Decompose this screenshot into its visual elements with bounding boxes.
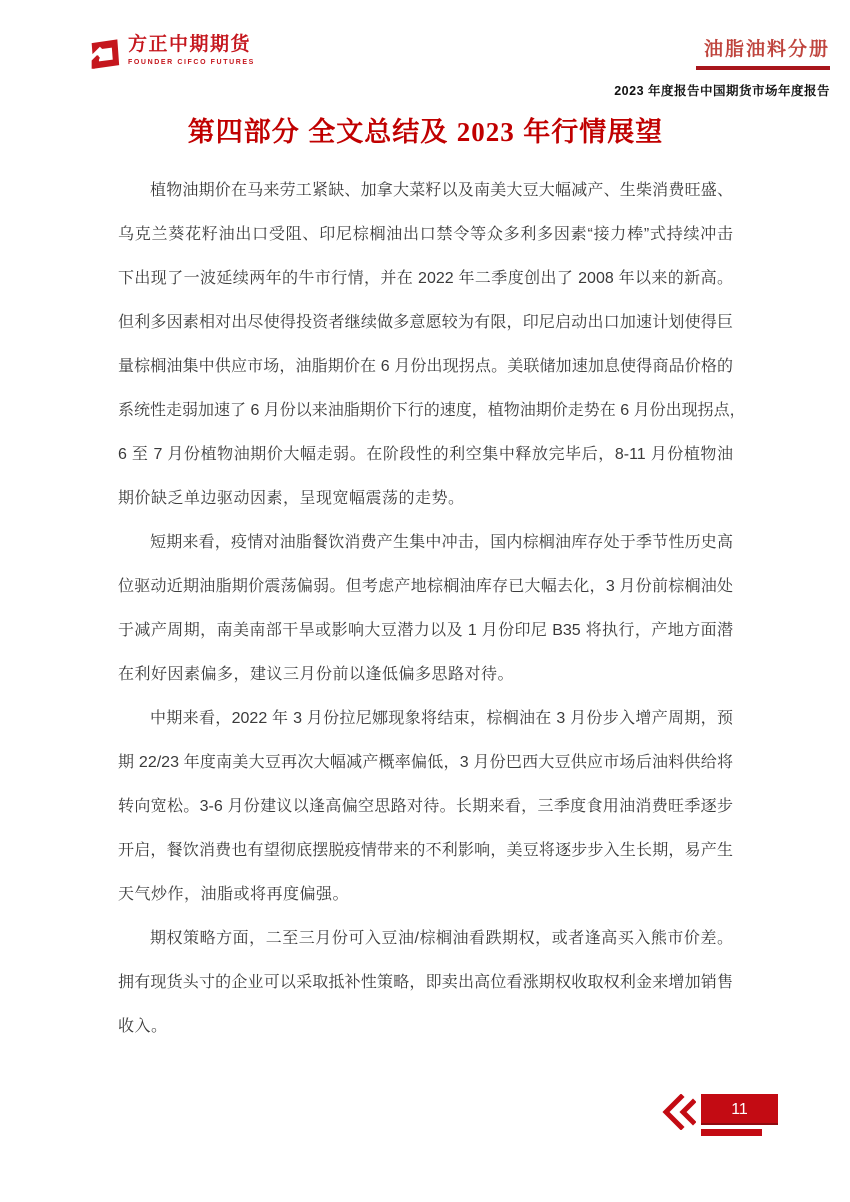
section-title-suffix: 年行情展望 bbox=[515, 117, 664, 147]
body-line: 开启，餐饮消费也有望彻底摆脱疫情带来的不利影响，美豆将逐步步入生长期，易产生 bbox=[118, 829, 733, 873]
section-title-prefix: 第四部分 全文总结及 bbox=[188, 117, 457, 147]
booklet-label: 油脂油料分册 bbox=[614, 38, 830, 62]
body-line: 位驱动近期油脂期价震荡偏弱。但考虑产地棕榈油库存已大幅去化，3 月份前棕榈油处 bbox=[118, 565, 733, 609]
founder-logo-icon bbox=[88, 36, 121, 74]
body-line: 下出现了一波延续两年的牛市行情，并在 2022 年二季度创出了 2008 年以来… bbox=[118, 257, 733, 301]
body-line: 植物油期价在马来劳工紧缺、加拿大菜籽以及南美大豆大幅减产、生柴消费旺盛、 bbox=[118, 169, 733, 213]
body-line: 收入。 bbox=[118, 1005, 733, 1049]
body-line: 拥有现货头寸的企业可以采取抵补性策略，即卖出高位看涨期权收取权利金来增加销售 bbox=[118, 961, 733, 1005]
body-line: 期权策略方面，二至三月份可入豆油/棕榈油看跌期权，或者逢高买入熊市价差。 bbox=[118, 917, 733, 961]
body-line: 短期来看，疫情对油脂餐饮消费产生集中冲击，国内棕榈油库存处于季节性历史高 bbox=[118, 521, 733, 565]
page-number-box: 11 bbox=[701, 1094, 778, 1125]
brand-name-cn: 方正中期期货 bbox=[128, 34, 255, 56]
report-page: 方正中期期货 FOUNDER CIFCO FUTURES 油脂油料分册 2023… bbox=[0, 0, 850, 1202]
section-title-year: 2023 bbox=[457, 117, 515, 147]
body-line: 系统性走弱加速了 6 月份以来油脂期价下行的速度，植物油期价走势在 6 月份出现… bbox=[118, 389, 733, 433]
body-line: 转向宽松。3-6 月份建议以逢高偏空思路对待。长期来看，三季度食用油消费旺季逐步 bbox=[118, 785, 733, 829]
body-line: 量棕榈油集中供应市场，油脂期价在 6 月份出现拐点。美联储加速加息使得商品价格的 bbox=[118, 345, 733, 389]
body-line: 天气炒作，油脂或将再度偏强。 bbox=[118, 873, 733, 917]
body-line: 期 22/23 年度南美大豆再次大幅减产概率偏低，3 月份巴西大豆供应市场后油料… bbox=[118, 741, 733, 785]
body-text: 植物油期价在马来劳工紧缺、加拿大菜籽以及南美大豆大幅减产、生柴消费旺盛、乌克兰葵… bbox=[118, 169, 733, 1049]
body-line: 6 至 7 月份植物油期价大幅走弱。在阶段性的利空集中释放完毕后，8-11 月份… bbox=[118, 433, 733, 477]
body-line: 乌克兰葵花籽油出口受阻、印尼棕榈油出口禁令等众多利多因素“接力棒”式持续冲击 bbox=[118, 213, 733, 257]
body-line: 期价缺乏单边驱动因素，呈现宽幅震荡的走势。 bbox=[118, 477, 733, 521]
back-double-chevron-icon[interactable] bbox=[660, 1094, 696, 1130]
section-title: 第四部分 全文总结及 2023 年行情展望 bbox=[118, 110, 733, 149]
page-number: 11 bbox=[731, 1101, 748, 1118]
page-number-underbar bbox=[701, 1129, 762, 1136]
body-line: 但利多因素相对出尽使得投资者继续做多意愿较为有限，印尼启动出口加速计划使得巨 bbox=[118, 301, 733, 345]
brand-logo-text: 方正中期期货 FOUNDER CIFCO FUTURES bbox=[128, 34, 255, 66]
brand-logo: 方正中期期货 FOUNDER CIFCO FUTURES bbox=[88, 34, 255, 74]
booklet-underline-bar bbox=[696, 66, 830, 70]
report-series-label: 2023 年度报告中国期货市场年度报告 bbox=[614, 81, 830, 99]
header-right: 油脂油料分册 2023 年度报告中国期货市场年度报告 bbox=[614, 38, 830, 99]
body-line: 于减产周期，南美南部干旱或影响大豆潜力以及 1 月份印尼 B35 将执行，产地方… bbox=[118, 609, 733, 653]
body-line: 在利好因素偏多，建议三月份前以逢低偏多思路对待。 bbox=[118, 653, 733, 697]
brand-name-en: FOUNDER CIFCO FUTURES bbox=[128, 59, 255, 66]
body-line: 中期来看，2022 年 3 月份拉尼娜现象将结束，棕榈油在 3 月份步入增产周期… bbox=[118, 697, 733, 741]
